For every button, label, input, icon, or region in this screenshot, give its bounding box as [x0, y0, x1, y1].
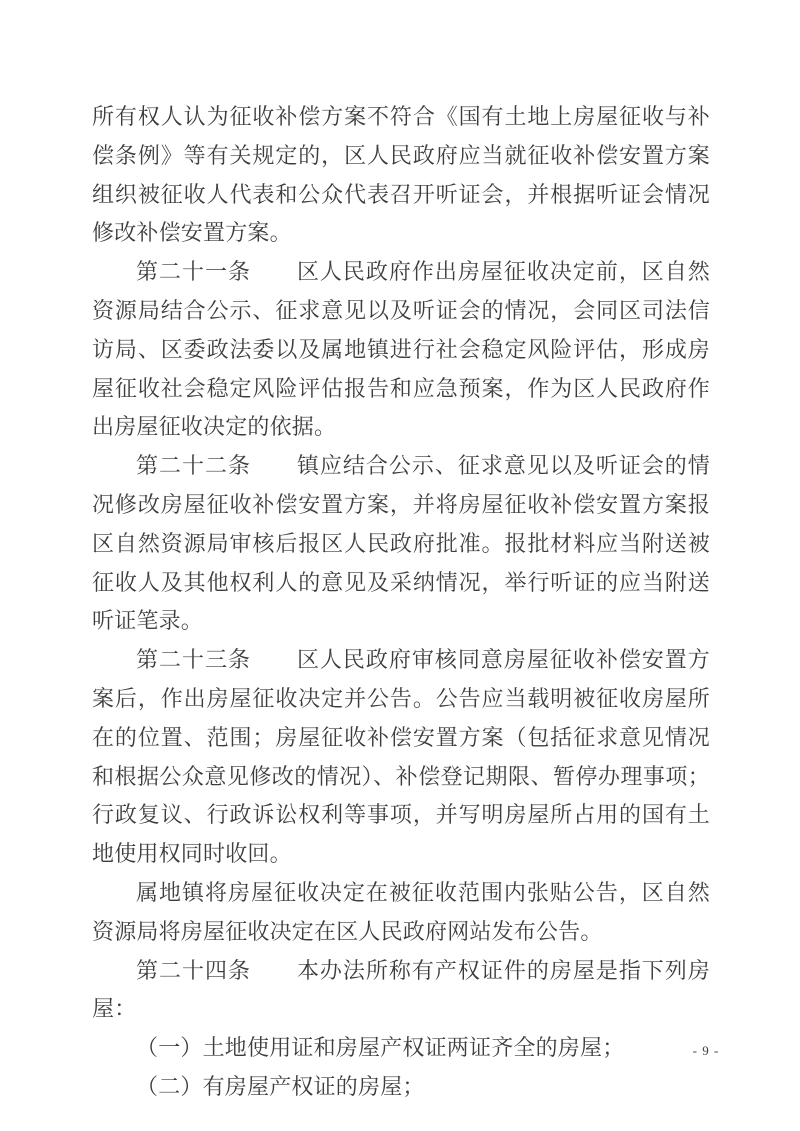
paragraph-article-24: 第二十四条 本办法所称有产权证件的房屋是指下列房屋：	[92, 952, 710, 1030]
paragraph-article-23: 第二十三条 区人民政府审核同意房屋征收补偿安置方案后，作出房屋征收决定并公告。公…	[92, 641, 710, 874]
paragraph-continuation: 所有权人认为征收补偿方案不符合《国有土地上房屋征收与补偿条例》等有关规定的，区人…	[92, 98, 710, 253]
paragraph-article-21: 第二十一条 区人民政府作出房屋征收决定前，区自然资源局结合公示、征求意见以及听证…	[92, 253, 710, 447]
paragraph-article-23-notice: 属地镇将房屋征收决定在被征收范围内张贴公告，区自然资源局将房屋征收决定在区人民政…	[92, 874, 710, 952]
paragraph-item-1: （一）土地使用证和房屋产权证两证齐全的房屋；	[92, 1029, 710, 1068]
paragraph-article-22: 第二十二条 镇应结合公示、征求意见以及听证会的情况修改房屋征收补偿安置方案，并将…	[92, 447, 710, 641]
paragraph-item-2: （二）有房屋产权证的房屋；	[92, 1068, 710, 1107]
document-page: 所有权人认为征收补偿方案不符合《国有土地上房屋征收与补偿条例》等有关规定的，区人…	[0, 0, 800, 1131]
document-body: 所有权人认为征收补偿方案不符合《国有土地上房屋征收与补偿条例》等有关规定的，区人…	[92, 98, 710, 1107]
page-number: - 9 -	[676, 1042, 736, 1060]
